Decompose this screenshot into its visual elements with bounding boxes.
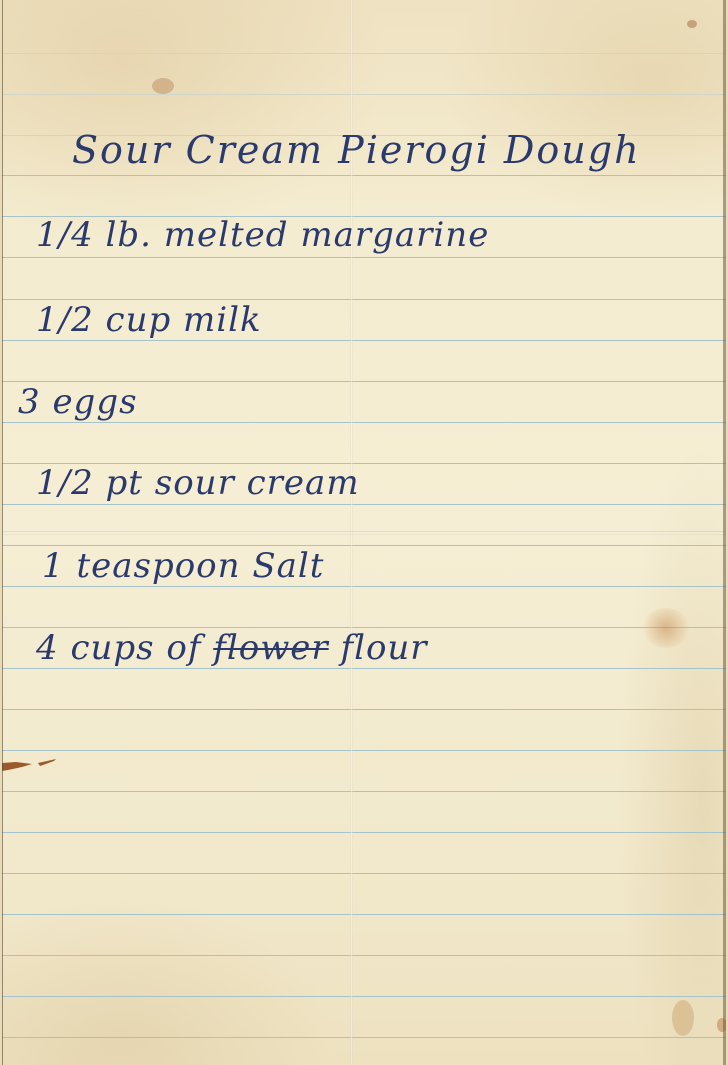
rule-line (2, 791, 726, 792)
horizontal-fold-crease (2, 531, 726, 535)
ingredient-line: 1 teaspoon Salt (42, 546, 324, 586)
rule-line (2, 832, 726, 833)
rule-line (2, 257, 726, 258)
stain-spot (672, 1000, 694, 1036)
rule-line (2, 504, 726, 505)
stain-spot (152, 78, 174, 94)
lined-paper-sheet: Sour Cream Pierogi Dough 1/4 lb. melted … (2, 0, 726, 1065)
rule-line (2, 873, 726, 874)
rule-line (2, 94, 726, 95)
struck-through-word: flower (213, 628, 328, 668)
paper-right-edge (723, 0, 726, 1065)
rule-line (2, 996, 726, 997)
rule-line (2, 422, 726, 423)
ink-stain-left-edge (2, 758, 56, 774)
ingredient-line: 1/2 cup milk (36, 300, 262, 340)
rule-line (2, 955, 726, 956)
ingredient-line-flour: 4 cups of flower flour (36, 628, 428, 668)
ingredient-line: 1/2 pt sour cream (36, 463, 360, 503)
correction-word: flour (340, 628, 427, 668)
ingredient-line: 1/4 lb. melted margarine (36, 215, 489, 255)
ingredient-quantity: 4 cups of (36, 628, 201, 668)
rule-line (2, 1037, 726, 1038)
ingredient-line: 3 eggs (18, 382, 138, 422)
paper-left-edge (2, 0, 3, 1065)
rule-line (2, 586, 726, 587)
rule-line (2, 914, 726, 915)
rule-line (2, 750, 726, 751)
rule-line (2, 668, 726, 669)
recipe-title: Sour Cream Pierogi Dough (72, 128, 641, 172)
rule-line (2, 53, 726, 54)
rule-line (2, 340, 726, 341)
stain-spot (687, 20, 697, 28)
rule-line (2, 709, 726, 710)
stain-spot (642, 608, 690, 648)
rule-line (2, 175, 726, 176)
